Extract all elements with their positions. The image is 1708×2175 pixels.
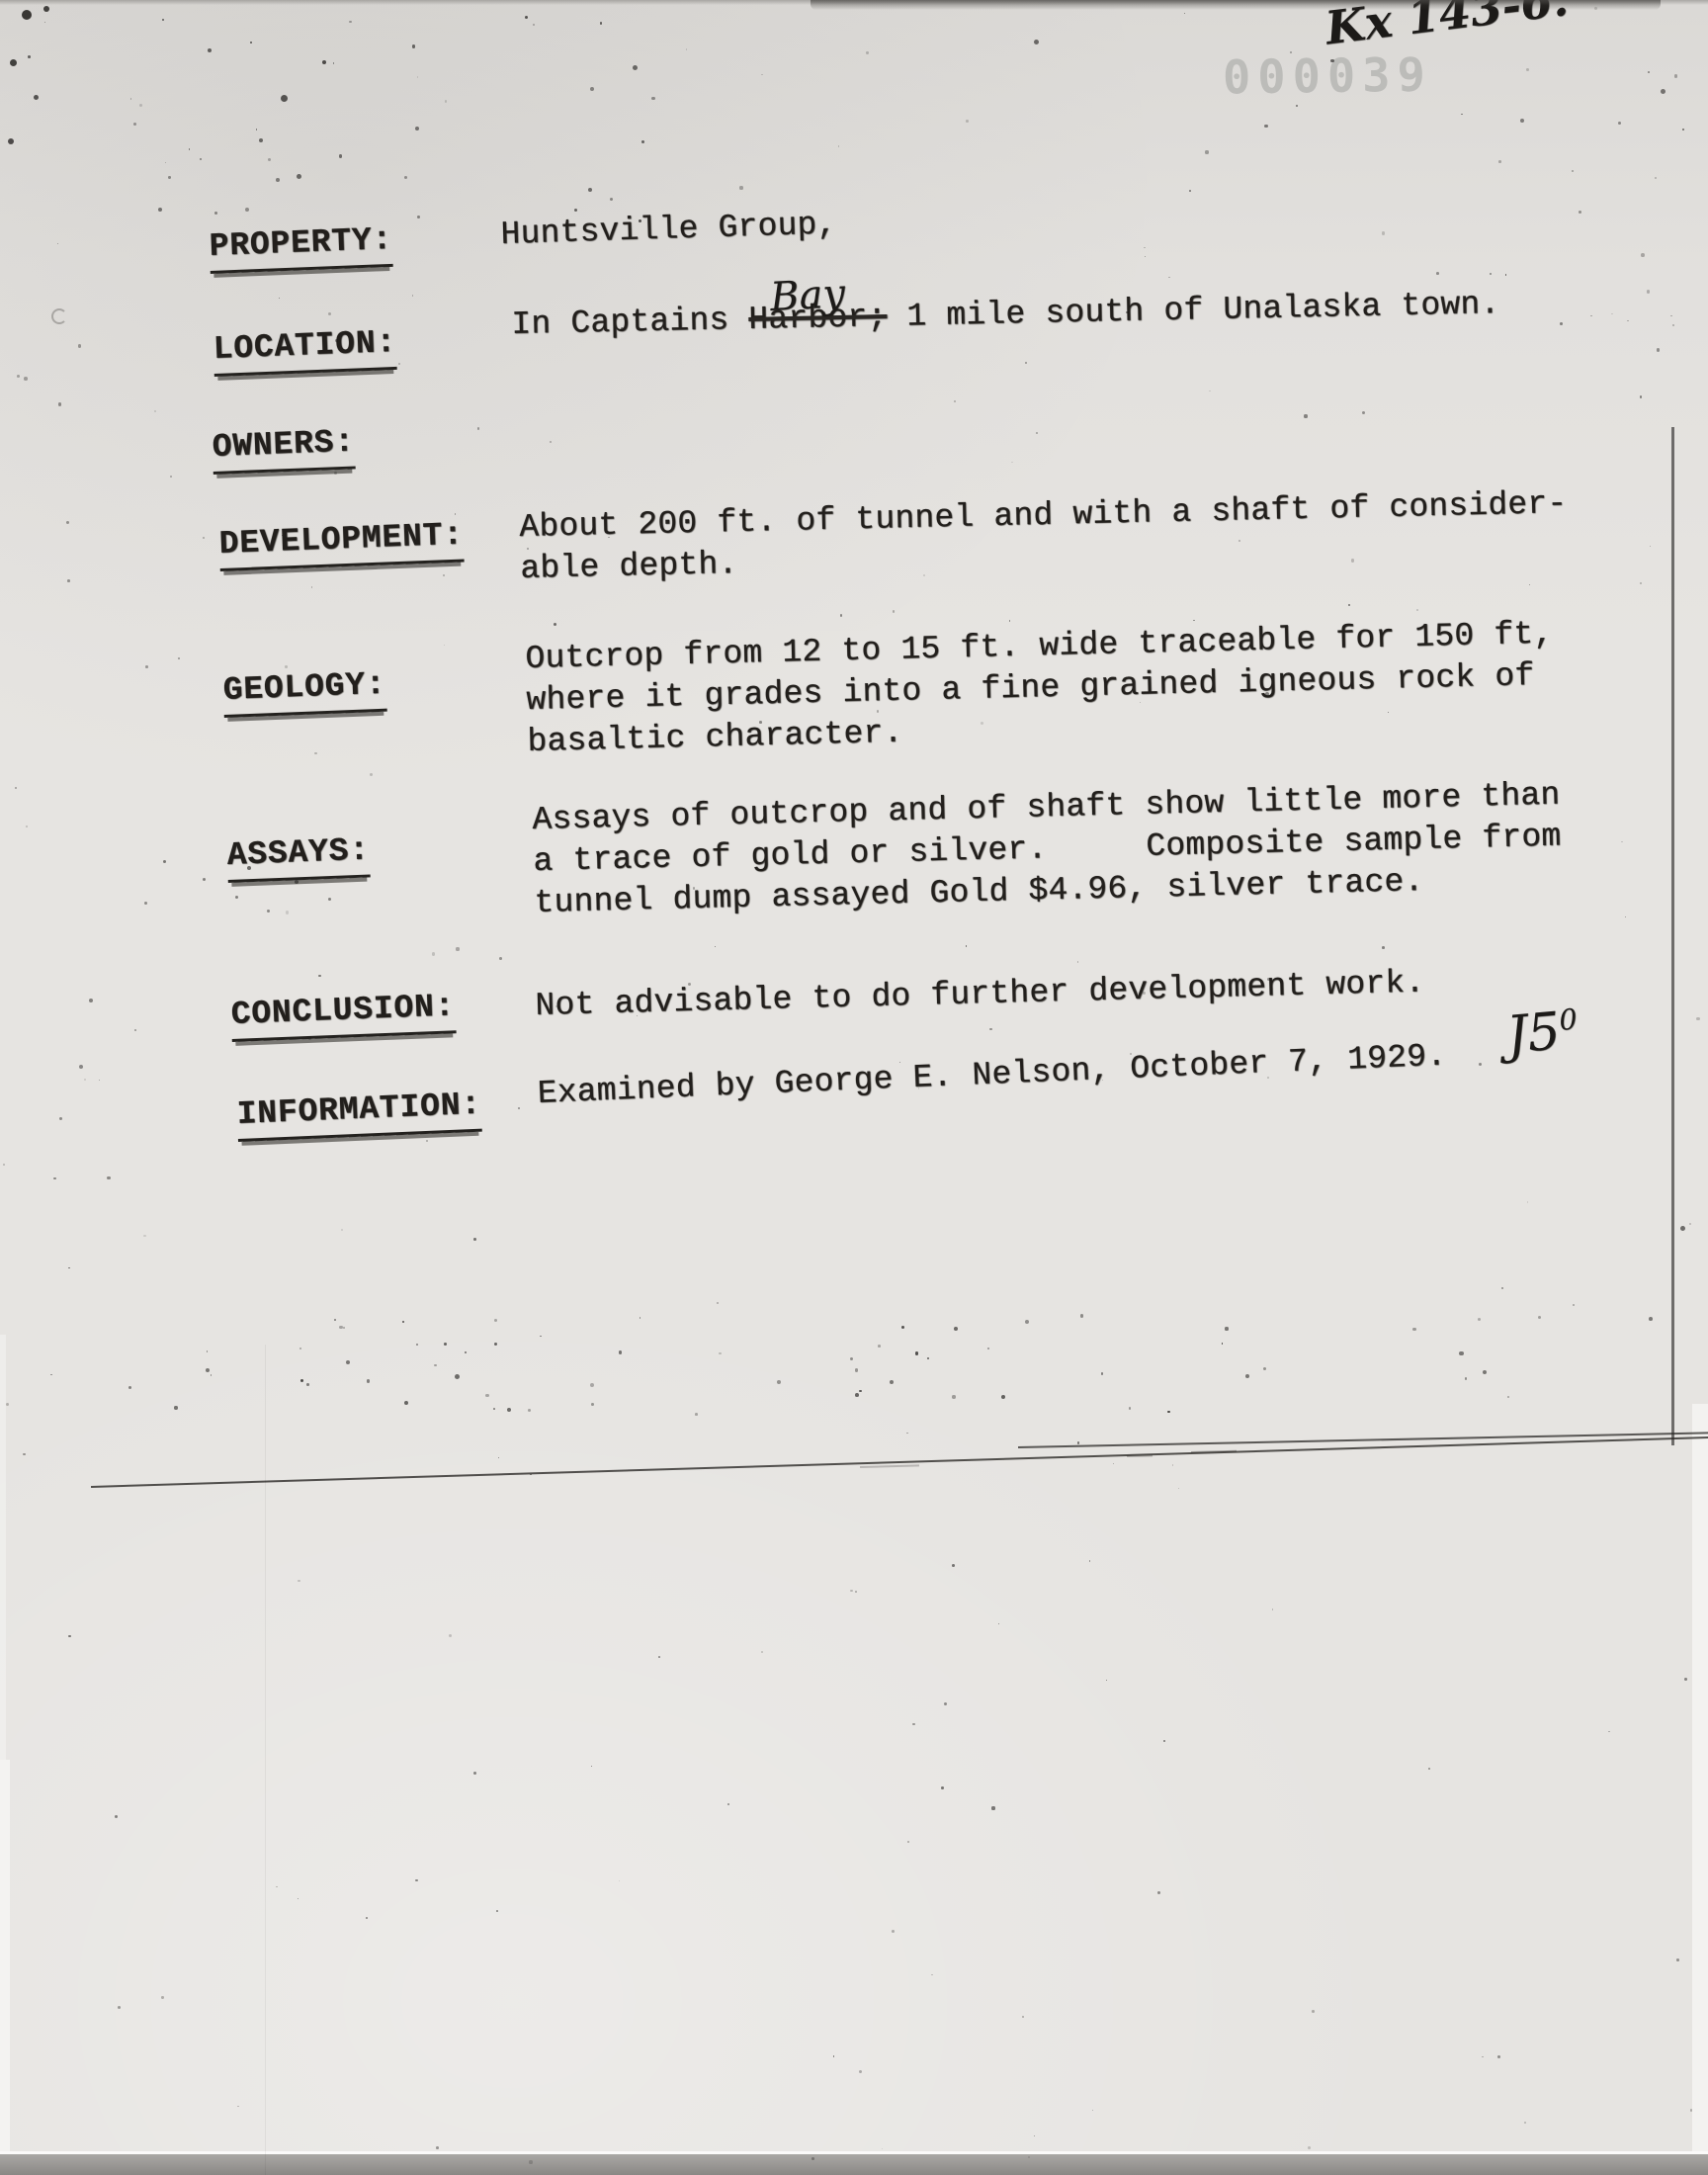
typed-text-layer: Kx 143-6. 000039 PROPERTY: Huntsville Gr… [0, 0, 1708, 2175]
handwritten-file-id: Kx 143-6. [1323, 0, 1571, 55]
scanned-document-page: { "header": { "handwritten_id": "Kx 143-… [0, 0, 1708, 2175]
field-label-assays: ASSAYS: [226, 829, 371, 883]
field-value-conclusion: Not advisable to do further development … [535, 962, 1425, 1027]
field-value-information: Examined by George E. Nelson, October 7,… [537, 1035, 1447, 1114]
field-label-geology: GEOLOGY: [222, 664, 387, 718]
location-suffix: 1 mile south of Unalaska town. [887, 286, 1500, 335]
handwritten-correction-bay: Bay [769, 271, 846, 320]
field-label-conclusion: CONCLUSION: [230, 986, 456, 1042]
location-prefix: In Captains [511, 302, 749, 343]
field-value-location: In Captains Harbor; 1 mile south of Unal… [511, 284, 1500, 346]
field-label-property: PROPERTY: [209, 219, 393, 274]
page-number-stamp: 000039 [1223, 48, 1433, 106]
field-value-property: Huntsville Group, [500, 204, 837, 256]
field-value-development: About 200 ft. of tunnel and with a shaft… [519, 483, 1569, 590]
field-label-development: DEVELOPMENT: [218, 515, 465, 571]
field-label-owners: OWNERS: [212, 421, 356, 475]
field-label-location: LOCATION: [213, 322, 397, 377]
handwritten-margin-note: J50 [1504, 1000, 1580, 1066]
field-value-geology: Outcrop from 12 to 15 ft. wide traceable… [525, 614, 1556, 763]
field-value-assays: Assays of outcrop and of shaft show litt… [532, 775, 1563, 924]
field-label-information: INFORMATION: [236, 1085, 482, 1142]
